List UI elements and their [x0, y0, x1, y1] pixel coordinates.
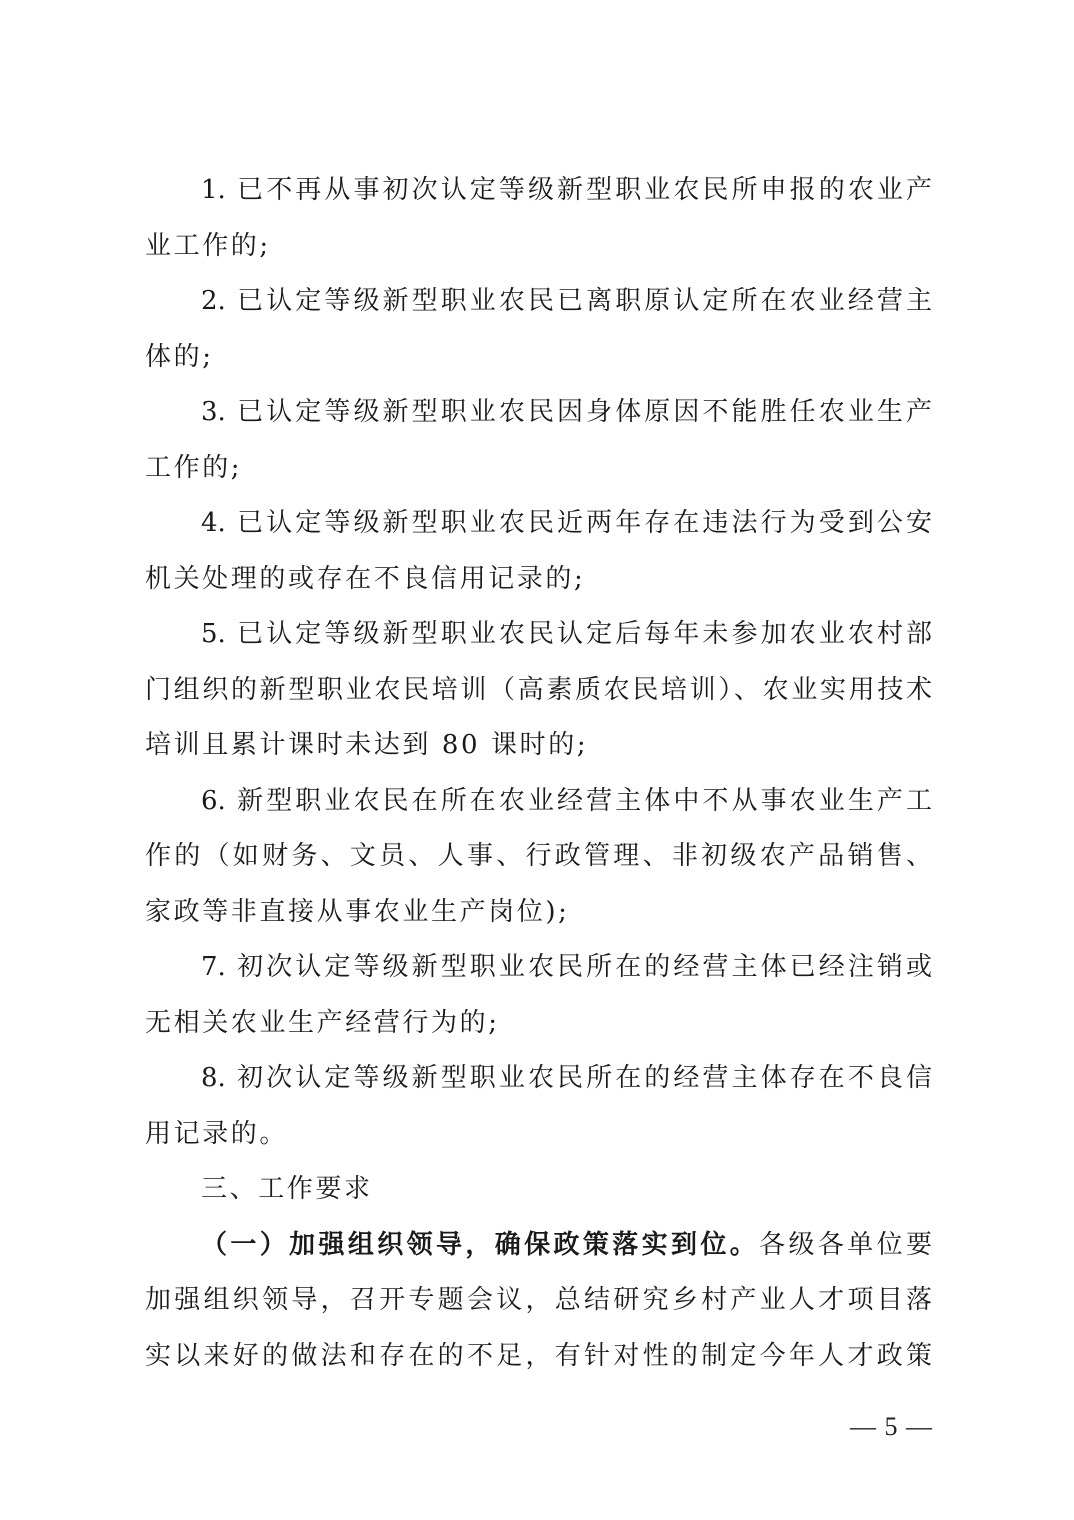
- list-item-text: 5. 已认定等级新型职业农民认定后每年未参加农业农村部: [145, 607, 932, 663]
- subsection-title: （一）加强组织领导，确保政策落实到位。: [201, 1230, 759, 1260]
- list-item-text: 体的;: [145, 330, 932, 386]
- section-heading: 三、工作要求: [145, 1162, 932, 1218]
- list-item-text: 业工作的;: [145, 219, 932, 275]
- list-item-text: 6. 新型职业农民在所在农业经营主体中不从事农业生产工: [145, 774, 932, 830]
- list-item-text: 作的（如财务、文员、人事、行政管理、非初级农产品销售、: [145, 829, 932, 885]
- list-item-2: 2. 已认定等级新型职业农民已离职原认定所在农业经营主 体的;: [145, 274, 932, 385]
- list-item-text: 8. 初次认定等级新型职业农民所在的经营主体存在不良信: [145, 1051, 932, 1107]
- list-item-text: 无相关农业生产经营行为的;: [145, 996, 932, 1052]
- document-page: 1. 已不再从事初次认定等级新型职业农民所申报的农业产 业工作的; 2. 已认定…: [145, 163, 932, 1384]
- list-item-text: 门组织的新型职业农民培训（高素质农民培训）、农业实用技术: [145, 663, 932, 719]
- list-item-6: 6. 新型职业农民在所在农业经营主体中不从事农业生产工 作的（如财务、文员、人事…: [145, 774, 932, 941]
- list-item-text: 机关处理的或存在不良信用记录的;: [145, 552, 932, 608]
- list-item-3: 3. 已认定等级新型职业农民因身体原因不能胜任农业生产 工作的;: [145, 385, 932, 496]
- list-item-text: 工作的;: [145, 441, 932, 497]
- list-item-text: 4. 已认定等级新型职业农民近两年存在违法行为受到公安: [145, 496, 932, 552]
- list-item-text: 7. 初次认定等级新型职业农民所在的经营主体已经注销或: [145, 940, 932, 996]
- paragraph-line: 实以来好的做法和存在的不足，有针对性的制定今年人才政策: [145, 1329, 932, 1385]
- list-item-text: 2. 已认定等级新型职业农民已离职原认定所在农业经营主: [145, 274, 932, 330]
- list-item-1: 1. 已不再从事初次认定等级新型职业农民所申报的农业产 业工作的;: [145, 163, 932, 274]
- subsection-paragraph: （一）加强组织领导，确保政策落实到位。各级各单位要 加强组织领导，召开专题会议，…: [145, 1218, 932, 1385]
- list-item-text: 培训且累计课时未达到 80 课时的;: [145, 718, 932, 774]
- page-number: — 5 —: [850, 1412, 933, 1442]
- list-item-4: 4. 已认定等级新型职业农民近两年存在违法行为受到公安 机关处理的或存在不良信用…: [145, 496, 932, 607]
- list-item-text: 用记录的。: [145, 1107, 932, 1163]
- list-item-text: 1. 已不再从事初次认定等级新型职业农民所申报的农业产: [145, 163, 932, 219]
- list-item-7: 7. 初次认定等级新型职业农民所在的经营主体已经注销或 无相关农业生产经营行为的…: [145, 940, 932, 1051]
- list-item-text: 家政等非直接从事农业生产岗位);: [145, 885, 932, 941]
- paragraph-line: 加强组织领导，召开专题会议，总结研究乡村产业人才项目落: [145, 1273, 932, 1329]
- subsection-text: 各级各单位要: [759, 1230, 932, 1260]
- list-item-8: 8. 初次认定等级新型职业农民所在的经营主体存在不良信 用记录的。: [145, 1051, 932, 1162]
- list-item-5: 5. 已认定等级新型职业农民认定后每年未参加农业农村部 门组织的新型职业农民培训…: [145, 607, 932, 774]
- list-item-text: 3. 已认定等级新型职业农民因身体原因不能胜任农业生产: [145, 385, 932, 441]
- subsection-first-line: （一）加强组织领导，确保政策落实到位。各级各单位要: [145, 1218, 932, 1274]
